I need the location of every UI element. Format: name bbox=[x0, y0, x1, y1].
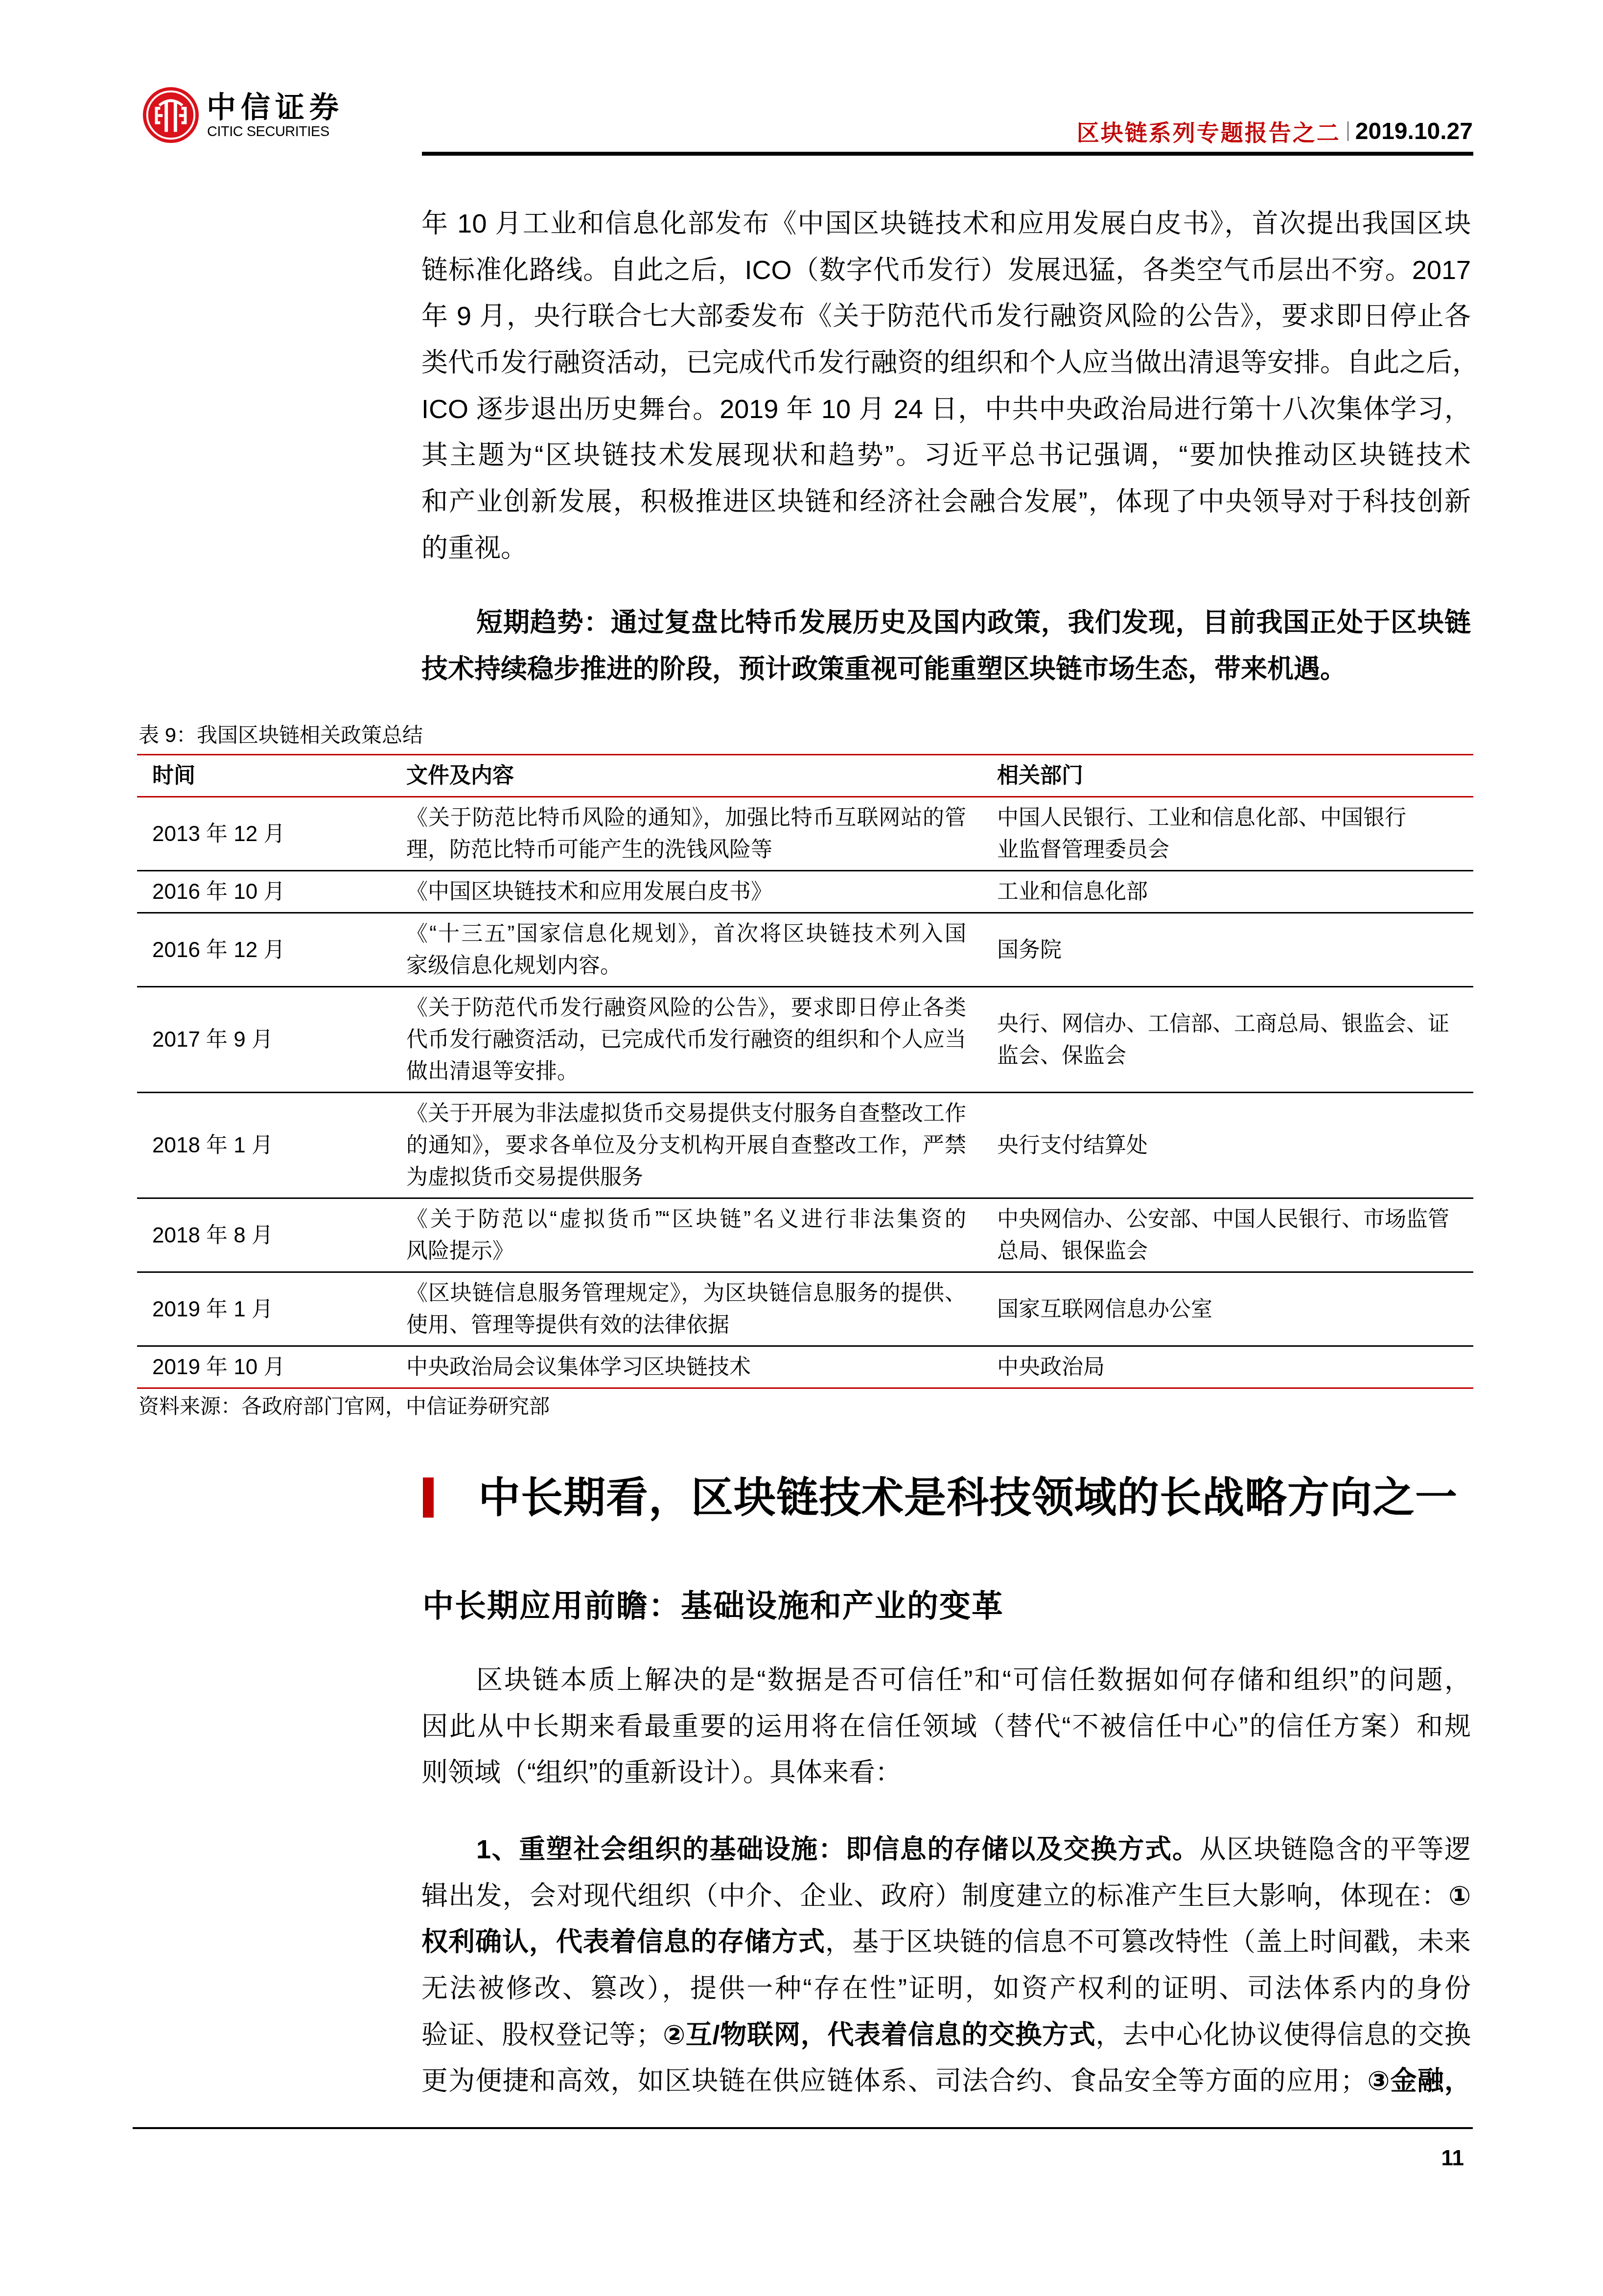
header-label: 相关部门 bbox=[997, 760, 1473, 792]
paragraph-line: 年 10 月工业和信息化部发布《中国区块链技术和应用发展白皮书》，首次提出我国区… bbox=[421, 201, 1471, 247]
cell-text: 2017 年 9 月 bbox=[152, 1024, 392, 1055]
body-text: 无法被修改、篡改），提供一种“存在性”证明，如资产权利的证明、司法体系内的身份 bbox=[421, 1974, 1471, 2003]
cell-content: 《中国区块链技术和应用发展白皮书》 bbox=[392, 871, 981, 912]
cell-text: 2019 年 10 月 bbox=[152, 1351, 392, 1383]
point-1-paragraph: 1、重塑社会组织的基础设施：即信息的存储以及交换方式。从区块链隐含的平等逻 辑出… bbox=[421, 1827, 1471, 2105]
cell-department: 中国人民银行、工业和信息化部、中国银行 业监督管理委员会 bbox=[981, 797, 1473, 870]
header-label: 文件及内容 bbox=[406, 760, 966, 792]
cell-content: 《“十三五”国家信息化规划》，首次将区块链技术列入国 家级信息化规划内容。 bbox=[392, 914, 981, 986]
cell-time: 2019 年 10 月 bbox=[137, 1347, 392, 1387]
table-row: 2019 年 1 月 《区块链信息服务管理规定》，为区块链信息服务的提供、 使用… bbox=[137, 1273, 1473, 1347]
cell-department: 工业和信息化部 bbox=[981, 871, 1473, 912]
paragraph-line: 年 9 月，央行联合七大部委发布《关于防范代币发行融资风险的公告》，要求即日停止… bbox=[421, 293, 1471, 340]
policy-summary-table: 时间 文件及内容 相关部门 2013 年 12 月 《关于防范比特币风险的通知》… bbox=[137, 754, 1473, 1389]
report-series-title: 区块链系列专题报告之二 bbox=[1077, 115, 1341, 147]
table-caption: 表 9：我国区块链相关政策总结 bbox=[139, 722, 423, 749]
cell-text: 《关于开展为非法虚拟货币交易提供支付服务自查整改工作 bbox=[406, 1098, 966, 1129]
cell-text: 使用、管理等提供有效的法律依据 bbox=[406, 1309, 966, 1341]
short-term-trend-paragraph: 短期趋势：通过复盘比特币发展历史及国内政策，我们发现，目前我国正处于区块链 技术… bbox=[421, 600, 1471, 692]
paragraph-line: 因此从中长期来看最重要的运用将在信任领域（替代“不被信任中心”的信任方案）和规 bbox=[421, 1704, 1471, 1750]
cell-department: 国务院 bbox=[981, 914, 1473, 986]
table-source-note: 资料来源：各政府部门官网，中信证券研究部 bbox=[139, 1393, 550, 1420]
cell-text: 总局、银保监会 bbox=[997, 1235, 1473, 1267]
cell-department: 国家互联网信息办公室 bbox=[981, 1273, 1473, 1345]
cell-time: 2016 年 12 月 bbox=[137, 914, 392, 986]
table-row: 2017 年 9 月 《关于防范代币发行融资风险的公告》，要求即日停止各类 代币… bbox=[137, 987, 1473, 1093]
cell-text: 《关于防范以“虚拟货币”“区块链”名义进行非法集资的 bbox=[406, 1203, 966, 1235]
emphasis-text: 权利确认，代表着信息的存储方式 bbox=[421, 1927, 825, 1957]
report-page: 中信证券 CITIC SECURITIES 区块链系列专题报告之二 2019.1… bbox=[0, 0, 1603, 2296]
cell-text: 2013 年 12 月 bbox=[152, 818, 392, 850]
cell-time: 2019 年 1 月 bbox=[137, 1273, 392, 1345]
cell-text: 为虚拟货币交易提供服务 bbox=[406, 1161, 966, 1193]
header-label: 时间 bbox=[152, 760, 392, 792]
body-text: 从区块链隐含的平等逻 bbox=[1200, 1835, 1471, 1864]
section-accent-bar bbox=[423, 1477, 434, 1518]
intro-paragraph: 年 10 月工业和信息化部发布《中国区块链技术和应用发展白皮书》，首次提出我国区… bbox=[421, 201, 1471, 572]
cell-text: 代币发行融资活动，已完成代币发行融资的组织和个人应当 bbox=[406, 1024, 966, 1055]
cell-text: 中央政治局会议集体学习区块链技术 bbox=[406, 1351, 966, 1383]
cell-text: 做出清退等安排。 bbox=[406, 1055, 966, 1087]
header-department: 相关部门 bbox=[981, 755, 1473, 796]
cell-department: 央行、网信办、工信部、工商总局、银监会、证 监会、保监会 bbox=[981, 987, 1473, 1092]
body-text: 更为便捷和高效，如区块链在供应链体系、司法合约、食品安全等方面的应用； bbox=[421, 2066, 1367, 2096]
cell-content: 《关于防范以“虚拟货币”“区块链”名义进行非法集资的 风险提示》 bbox=[392, 1199, 981, 1271]
emphasis-text: 1、重塑社会组织的基础设施：即信息的存储以及交换方式。 bbox=[476, 1835, 1200, 1864]
body-text: 辑出发，会对现代组织（中介、企业、政府）制度建立的标准产生巨大影响，体现在： bbox=[421, 1881, 1448, 1911]
paragraph-line: 其主题为“区块链技术发展现状和趋势”。习近平总书记强调，“要加快推动区块链技术 bbox=[421, 432, 1471, 479]
cell-text: 中国人民银行、工业和信息化部、中国银行 bbox=[997, 802, 1473, 834]
header-rule bbox=[422, 152, 1473, 156]
report-header-info: 区块链系列专题报告之二 2019.10.27 bbox=[1077, 117, 1473, 145]
table-row: 2018 年 1 月 《关于开展为非法虚拟货币交易提供支付服务自查整改工作 的通… bbox=[137, 1093, 1473, 1199]
paragraph-line: 的重视。 bbox=[421, 525, 1471, 572]
cell-text: 监会、保监会 bbox=[997, 1040, 1473, 1072]
cell-time: 2018 年 1 月 bbox=[137, 1093, 392, 1197]
cell-text: 工业和信息化部 bbox=[997, 876, 1473, 908]
footer-rule bbox=[133, 2127, 1473, 2129]
cell-text: 2018 年 1 月 bbox=[152, 1129, 392, 1161]
emphasis-text: ②互/物联网，代表着信息的交换方式 bbox=[662, 2020, 1095, 2050]
table-header-row: 时间 文件及内容 相关部门 bbox=[137, 755, 1473, 797]
cell-text: 央行支付结算处 bbox=[997, 1129, 1473, 1161]
paragraph-line: ICO 逐步退出历史舞台。2019 年 10 月 24 日，中共中央政治局进行第… bbox=[421, 386, 1471, 433]
paragraph-line: 无法被修改、篡改），提供一种“存在性”证明，如资产权利的证明、司法体系内的身份 bbox=[421, 1966, 1471, 2012]
emphasis-text: ① bbox=[1448, 1881, 1471, 1911]
report-date: 2019.10.27 bbox=[1355, 118, 1473, 145]
body-text: ，去中心化协议使得信息的交换 bbox=[1096, 2020, 1471, 2050]
cell-time: 2013 年 12 月 bbox=[137, 797, 392, 870]
paragraph-line: 区块链本质上解决的是“数据是否可信任”和“可信任数据如何存储和组织”的问题， bbox=[421, 1657, 1471, 1704]
cell-text: 《“十三五”国家信息化规划》，首次将区块链技术列入国 bbox=[406, 918, 966, 950]
cell-department: 中央政治局 bbox=[981, 1347, 1473, 1387]
header-time: 时间 bbox=[137, 755, 392, 796]
body-text: ，基于区块链的信息不可篡改特性（盖上时间戳，未来 bbox=[825, 1927, 1471, 1957]
cell-time: 2018 年 8 月 bbox=[137, 1199, 392, 1271]
logo-english-name: CITIC SECURITIES bbox=[207, 124, 329, 139]
header-divider bbox=[1347, 121, 1348, 141]
cell-text: 家级信息化规划内容。 bbox=[406, 950, 966, 982]
cell-text: 国务院 bbox=[997, 934, 1473, 966]
paragraph-line: 短期趋势：通过复盘比特币发展历史及国内政策，我们发现，目前我国正处于区块链 bbox=[421, 600, 1471, 646]
table-row: 2018 年 8 月 《关于防范以“虚拟货币”“区块链”名义进行非法集资的 风险… bbox=[137, 1199, 1473, 1273]
paragraph-line: 验证、股权登记等；②互/物联网，代表着信息的交换方式，去中心化协议使得信息的交换 bbox=[421, 2012, 1471, 2059]
emphasis-text: ③金融， bbox=[1367, 2066, 1471, 2096]
section-heading: 中长期看，区块链技术是科技领域的长战略方向之一 bbox=[478, 1469, 1458, 1527]
paragraph-line: 更为便捷和高效，如区块链在供应链体系、司法合约、食品安全等方面的应用；③金融， bbox=[421, 2058, 1471, 2105]
logo-chinese-name: 中信证券 bbox=[207, 92, 344, 123]
paragraph-line: 则领域（“组织”的重新设计）。具体来看： bbox=[421, 1750, 1471, 1796]
cell-time: 2016 年 10 月 bbox=[137, 871, 392, 912]
cell-content: 《关于防范比特币风险的通知》，加强比特币互联网站的管 理，防范比特币可能产生的洗… bbox=[392, 797, 981, 870]
table-row: 2013 年 12 月 《关于防范比特币风险的通知》，加强比特币互联网站的管 理… bbox=[137, 797, 1473, 871]
cell-content: 《区块链信息服务管理规定》，为区块链信息服务的提供、 使用、管理等提供有效的法律… bbox=[392, 1273, 981, 1345]
cell-department: 中央网信办、公安部、中国人民银行、市场监管 总局、银保监会 bbox=[981, 1199, 1473, 1271]
cell-content: 中央政治局会议集体学习区块链技术 bbox=[392, 1347, 981, 1387]
mid-long-term-intro-paragraph: 区块链本质上解决的是“数据是否可信任”和“可信任数据如何存储和组织”的问题， 因… bbox=[421, 1657, 1471, 1796]
page-number: 11 bbox=[1441, 2144, 1464, 2173]
paragraph-line: 辑出发，会对现代组织（中介、企业、政府）制度建立的标准产生巨大影响，体现在：① bbox=[421, 1873, 1471, 1920]
citic-emblem-icon bbox=[142, 86, 200, 144]
cell-text: 《区块链信息服务管理规定》，为区块链信息服务的提供、 bbox=[406, 1277, 966, 1309]
table-row: 2016 年 12 月 《“十三五”国家信息化规划》，首次将区块链技术列入国 家… bbox=[137, 914, 1473, 987]
cell-text: 中央网信办、公安部、中国人民银行、市场监管 bbox=[997, 1203, 1473, 1235]
cell-text: 央行、网信办、工信部、工商总局、银监会、证 bbox=[997, 1008, 1473, 1040]
cell-text: 《中国区块链技术和应用发展白皮书》 bbox=[406, 876, 966, 908]
cell-department: 央行支付结算处 bbox=[981, 1093, 1473, 1197]
table-row: 2016 年 10 月 《中国区块链技术和应用发展白皮书》 工业和信息化部 bbox=[137, 871, 1473, 914]
cell-text: 《关于防范代币发行融资风险的公告》，要求即日停止各类 bbox=[406, 992, 966, 1024]
cell-text: 理，防范比特币可能产生的洗钱风险等 bbox=[406, 834, 966, 866]
cell-text: 中央政治局 bbox=[997, 1351, 1473, 1383]
cell-time: 2017 年 9 月 bbox=[137, 987, 392, 1092]
cell-text: 2016 年 10 月 bbox=[152, 876, 392, 908]
cell-text: 2018 年 8 月 bbox=[152, 1219, 392, 1251]
cell-content: 《关于防范代币发行融资风险的公告》，要求即日停止各类 代币发行融资活动，已完成代… bbox=[392, 987, 981, 1092]
cell-content: 《关于开展为非法虚拟货币交易提供支付服务自查整改工作 的通知》，要求各单位及分支… bbox=[392, 1093, 981, 1197]
body-text: 验证、股权登记等； bbox=[421, 2020, 662, 2050]
header-content: 文件及内容 bbox=[392, 755, 981, 796]
sub-heading: 中长期应用前瞻：基础设施和产业的变革 bbox=[422, 1581, 1004, 1630]
cell-text: 2016 年 12 月 bbox=[152, 934, 392, 966]
cell-text: 业监督管理委员会 bbox=[997, 834, 1473, 866]
cell-text: 2019 年 1 月 bbox=[152, 1293, 392, 1325]
cell-text: 的通知》，要求各单位及分支机构开展自查整改工作，严禁 bbox=[406, 1129, 966, 1161]
paragraph-line: 链标准化路线。自此之后，ICO（数字代币发行）发展迅猛，各类空气币层出不穷。20… bbox=[421, 247, 1471, 294]
table-row: 2019 年 10 月 中央政治局会议集体学习区块链技术 中央政治局 bbox=[137, 1347, 1473, 1389]
cell-text: 风险提示》 bbox=[406, 1235, 966, 1267]
paragraph-line: 1、重塑社会组织的基础设施：即信息的存储以及交换方式。从区块链隐含的平等逻 bbox=[421, 1827, 1471, 1873]
citic-securities-logo: 中信证券 CITIC SECURITIES bbox=[142, 86, 352, 145]
cell-text: 国家互联网信息办公室 bbox=[997, 1293, 1473, 1325]
paragraph-line: 权利确认，代表着信息的存储方式，基于区块链的信息不可篡改特性（盖上时间戳，未来 bbox=[421, 1919, 1471, 1966]
paragraph-line: 类代币发行融资活动，已完成代币发行融资的组织和个人应当做出清退等安排。自此之后， bbox=[421, 340, 1471, 386]
paragraph-line: 和产业创新发展，积极推进区块链和经济社会融合发展”，体现了中央领导对于科技创新 bbox=[421, 479, 1471, 525]
cell-text: 《关于防范比特币风险的通知》，加强比特币互联网站的管 bbox=[406, 802, 966, 834]
paragraph-line: 技术持续稳步推进的阶段，预计政策重视可能重塑区块链市场生态，带来机遇。 bbox=[421, 646, 1471, 693]
